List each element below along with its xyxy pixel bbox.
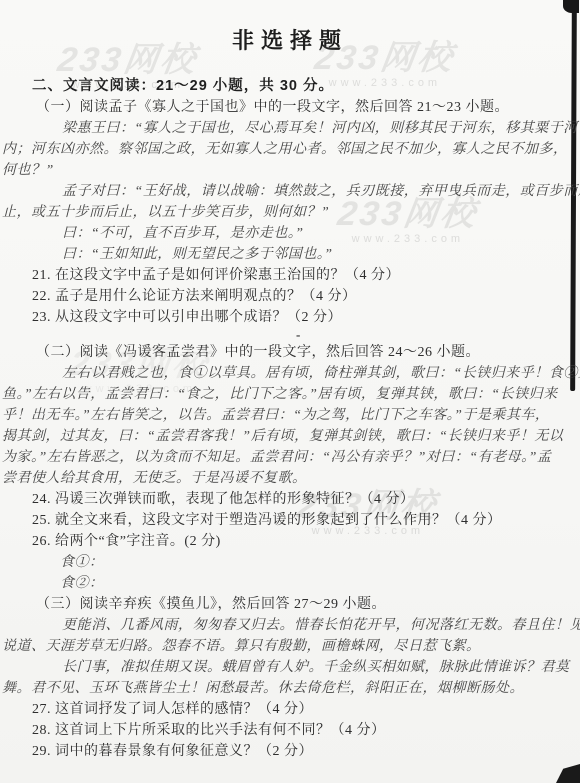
text-line: 止，或五十步而后止，以五十步笑百步，则何如？”	[0, 202, 578, 223]
text-line: 左右以君贱之也，食①以草具。居有顷，倚柱弹其剑，歌曰：“长铗归来乎！食②无	[0, 363, 578, 384]
text-line: 何也？”	[0, 160, 578, 181]
text-line: 29. 词中的暮春景象有何象征意义？（2 分）	[0, 741, 578, 762]
text-line: 21. 在这段文字中孟子是如何评价梁惠王治国的？（4 分）	[0, 265, 578, 286]
text-line: 尝君使人给其食用，无使乏。于是冯谖不复歌。	[0, 468, 578, 489]
text-line: 23. 从这段文字中可以引申出哪个成语？（2 分）	[0, 307, 578, 328]
text-line: （一）阅读孟子《寡人之于国也》中的一段文字，然后回答 21～23 小题。	[0, 97, 578, 118]
text-line: 孟子对曰：“王好战，请以战喻：填然鼓之，兵刃既接，弃甲曳兵而走，或百步而后	[0, 181, 578, 202]
text-line: 梁惠王曰：“寡人之于国也，尽心焉耳矣！河内凶，则移其民于河东，移其粟于河	[0, 118, 578, 139]
text-line: 更能消、几番风雨，匆匆春又归去。惜春长怕花开早，何况落红无数。春且住！见	[0, 615, 578, 636]
text-line: 食①：	[0, 552, 578, 573]
text-line: 说道、天涯芳草无归路。怨春不语。算只有殷勤，画檐蛛网，尽日惹飞絮。	[0, 636, 578, 657]
page-title: 非选择题	[0, 0, 580, 56]
text-line: -	[0, 328, 578, 342]
text-line: 27. 这首词抒发了词人怎样的感情？（4 分）	[0, 699, 578, 720]
document-body: 二、文言文阅读：21～29 小题，共 30 分。（一）阅读孟子《寡人之于国也》中…	[0, 76, 578, 762]
text-line: （三）阅读辛弃疾《摸鱼儿》，然后回答 27～29 小题。	[0, 594, 578, 615]
text-line: 25. 就全文来看，这段文字对于塑造冯谖的形象起到了什么作用？（4 分）	[0, 510, 578, 531]
text-line: 28. 这首词上下片所采取的比兴手法有何不同？（4 分）	[0, 720, 578, 741]
text-line: 曰：“不可，直不百步耳，是亦走也。”	[0, 223, 578, 244]
text-line: 22. 孟子是用什么论证方法来阐明观点的？（4 分）	[0, 286, 578, 307]
text-line: 长门事，准拟佳期又误。蛾眉曾有人妒。千金纵买相如赋，脉脉此情谁诉？君莫	[0, 657, 578, 678]
text-line: 揭其剑，过其友，曰：“孟尝君客我！”后有顷，复弹其剑铗，歌曰：“长铗归来乎！无以	[0, 426, 578, 447]
text-line: 二、文言文阅读：21～29 小题，共 30 分。	[0, 76, 578, 97]
text-line: 24. 冯谖三次弹铗而歌，表现了他怎样的形象特征？（4 分）	[0, 489, 578, 510]
text-line: 内；河东凶亦然。察邻国之政，无如寡人之用心者。邻国之民不加少，寡人之民不加多，	[0, 139, 578, 160]
text-line: 26. 给两个“食”字注音。(2 分)	[0, 531, 578, 552]
scan-corner-artifact	[556, 764, 580, 783]
scan-edge-top-artifact	[563, 0, 579, 13]
text-line: 舞。君不见、玉环飞燕皆尘土！闲愁最苦。休去倚危栏，斜阳正在，烟柳断肠处。	[0, 678, 578, 699]
text-line: 乎！出无车。”左右皆笑之，以告。孟尝君曰：“为之驾，比门下之车客。”于是乘其车，	[0, 405, 578, 426]
text-line: 食②：	[0, 573, 578, 594]
text-line: （二）阅读《冯谖客孟尝君》中的一段文字，然后回答 24～26 小题。	[0, 342, 578, 363]
text-line: 鱼。”左右以告，孟尝君曰：“食之，比门下之客。”居有顷，复弹其铗，歌曰：“长铗归…	[0, 384, 578, 405]
text-line: 为家。”左右皆恶之，以为贪而不知足。孟尝君问：“冯公有亲乎？”对曰：“有老母。”…	[0, 447, 578, 468]
text-line: 曰：“王如知此，则无望民之多于邻国也。”	[0, 244, 578, 265]
exam-page: 233网校 www.233.com 233网校 www.233.com 233网…	[0, 0, 580, 783]
